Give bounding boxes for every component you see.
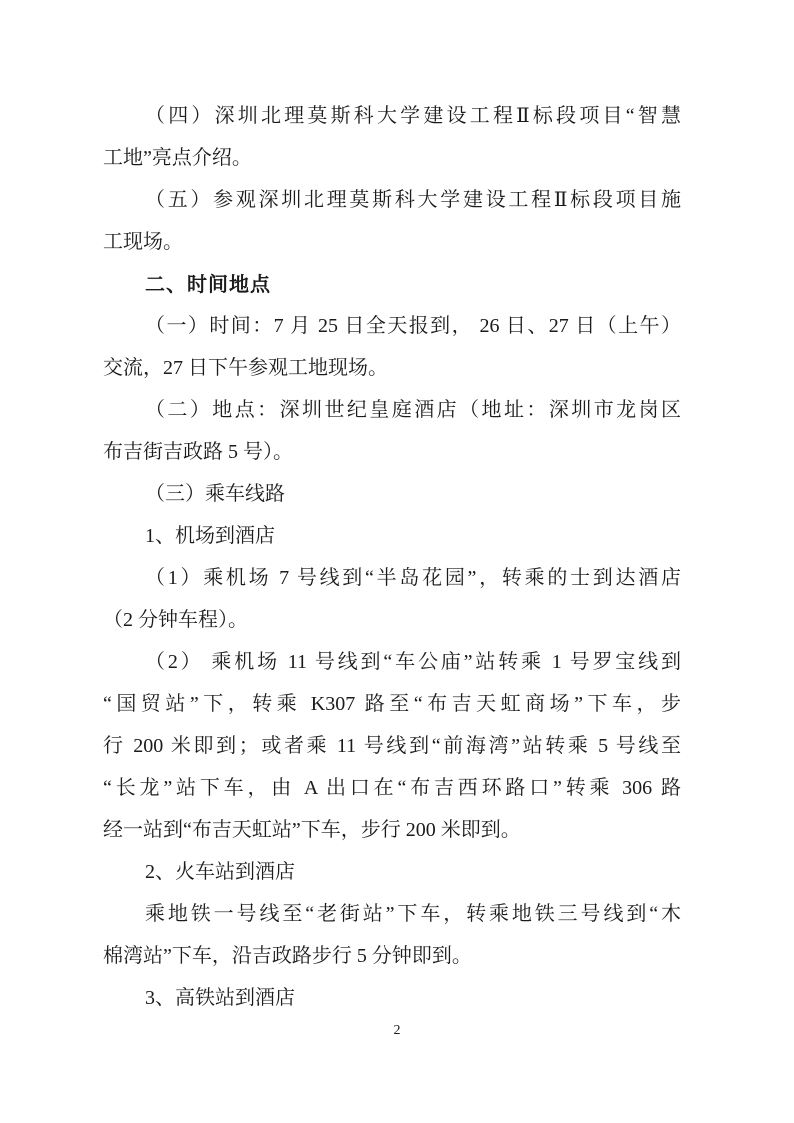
paragraph: （2） 乘机场 11 号线到“车公庙”站转乘 1 号罗宝线到“国贸站”下，转乘 …	[103, 641, 681, 851]
paragraph: 乘地铁一号线至“老街站”下车，转乘地铁三号线到“木棉湾站”下车，沿吉政路步行 5…	[103, 893, 681, 977]
text-line: （2 分钟车程）。	[103, 599, 681, 641]
text-line: 3、高铁站到酒店	[103, 977, 681, 1019]
text-line: 1、机场到酒店	[103, 515, 681, 557]
paragraph: 1、机场到酒店	[103, 515, 681, 557]
text-line: 二、时间地点	[103, 263, 681, 305]
text-line: （四）深圳北理莫斯科大学建设工程Ⅱ标段项目“智慧	[103, 95, 681, 137]
paragraph: （1）乘机场 7 号线到“半岛花园”，转乘的士到达酒店（2 分钟车程）。	[103, 557, 681, 641]
text-line: 2、火车站到酒店	[103, 851, 681, 893]
text-line: 布吉街吉政路 5 号）。	[103, 431, 681, 473]
page-number: 2	[394, 1023, 401, 1038]
text-line: （五）参观深圳北理莫斯科大学建设工程Ⅱ标段项目施	[103, 179, 681, 221]
document-body: （四）深圳北理莫斯科大学建设工程Ⅱ标段项目“智慧工地”亮点介绍。（五）参观深圳北…	[103, 95, 681, 1019]
document-page: （四）深圳北理莫斯科大学建设工程Ⅱ标段项目“智慧工地”亮点介绍。（五）参观深圳北…	[0, 0, 794, 1123]
paragraph: （二）地点：深圳世纪皇庭酒店（地址：深圳市龙岗区布吉街吉政路 5 号）。	[103, 389, 681, 473]
paragraph: （四）深圳北理莫斯科大学建设工程Ⅱ标段项目“智慧工地”亮点介绍。	[103, 95, 681, 179]
text-line: “长龙”站下车，由 A 出口在“布吉西环路口”转乘 306 路	[103, 767, 681, 809]
text-line: （三）乘车线路	[103, 473, 681, 515]
section-heading: 二、时间地点	[103, 263, 681, 305]
text-line: “国贸站”下，转乘 K307 路至“布吉天虹商场”下车，步	[103, 683, 681, 725]
text-line: （1）乘机场 7 号线到“半岛花园”，转乘的士到达酒店	[103, 557, 681, 599]
text-line: 交流，27 日下午参观工地现场。	[103, 347, 681, 389]
text-line: 行 200 米即到；或者乘 11 号线到“前海湾”站转乘 5 号线至	[103, 725, 681, 767]
paragraph: （五）参观深圳北理莫斯科大学建设工程Ⅱ标段项目施工现场。	[103, 179, 681, 263]
text-line: 经一站到“布吉天虹站”下车，步行 200 米即到。	[103, 809, 681, 851]
page-footer: 2	[0, 1020, 794, 1042]
text-line: 工地”亮点介绍。	[103, 137, 681, 179]
text-line: （二）地点：深圳世纪皇庭酒店（地址：深圳市龙岗区	[103, 389, 681, 431]
paragraph: 3、高铁站到酒店	[103, 977, 681, 1019]
paragraph: （一）时间：7 月 25 日全天报到， 26 日、27 日（上午）交流，27 日…	[103, 305, 681, 389]
text-line: （一）时间：7 月 25 日全天报到， 26 日、27 日（上午）	[103, 305, 681, 347]
paragraph: 2、火车站到酒店	[103, 851, 681, 893]
text-line: 棉湾站”下车，沿吉政路步行 5 分钟即到。	[103, 935, 681, 977]
text-line: 工现场。	[103, 221, 681, 263]
paragraph: （三）乘车线路	[103, 473, 681, 515]
text-line: （2） 乘机场 11 号线到“车公庙”站转乘 1 号罗宝线到	[103, 641, 681, 683]
text-line: 乘地铁一号线至“老街站”下车，转乘地铁三号线到“木	[103, 893, 681, 935]
